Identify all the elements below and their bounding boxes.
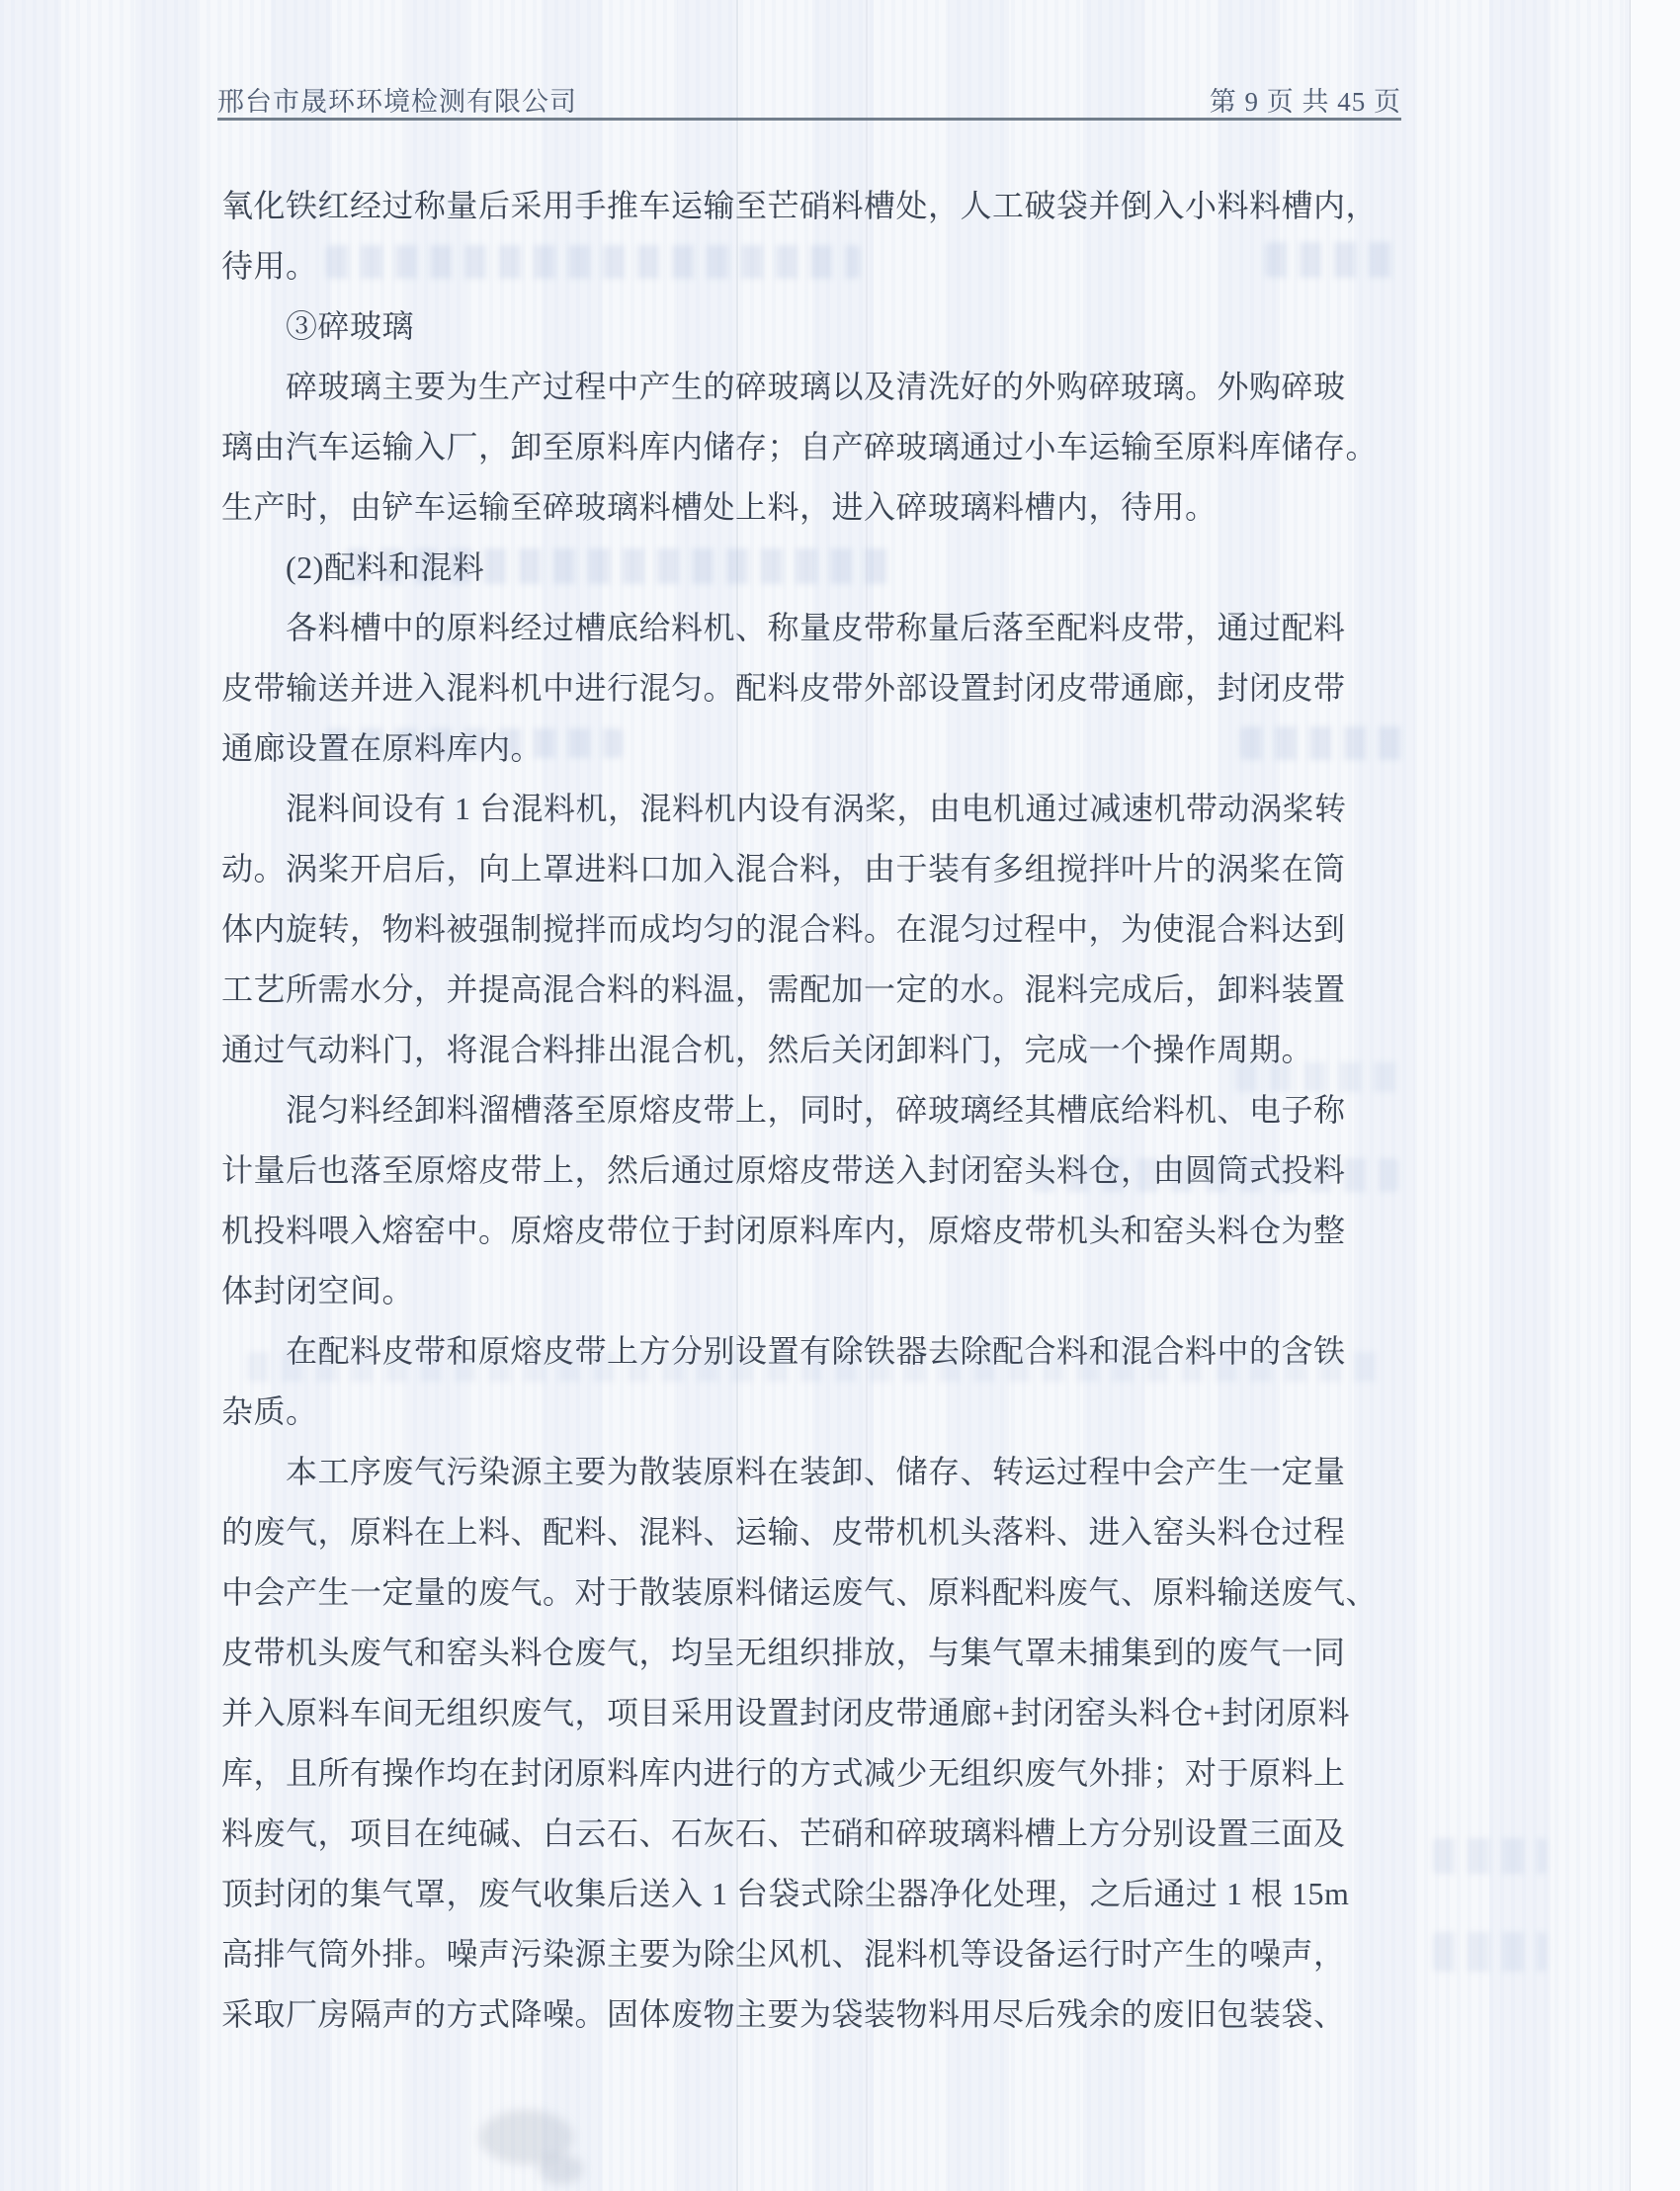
- body-lines: 氧化铁红经过称量后采用手推车运输至芒硝料槽处，人工破袋并倒入小料料槽内，待用。 …: [221, 176, 1401, 2045]
- text-line: 待用。: [221, 236, 1401, 296]
- text-line: 通过气动料门，将混合料排出混合机，然后关闭卸料门，完成一个操作周期。: [221, 1020, 1401, 1080]
- text-line: 各料槽中的原料经过槽底给料机、称量皮带称量后落至配料皮带，通过配料: [221, 598, 1401, 658]
- bleedthrough-smudge: [1433, 1838, 1547, 1874]
- text-line: 混匀料经卸料溜槽落至原熔皮带上，同时，碎玻璃经其槽底给料机、电子称: [221, 1080, 1401, 1140]
- text-line: 本工序废气污染源主要为散装原料在装卸、储存、转运过程中会产生一定量: [221, 1442, 1401, 1502]
- text-line: 皮带机头废气和窑头料仓废气，均呈无组织排放，与集气罩未捕集到的废气一同: [221, 1623, 1401, 1683]
- text-line: 工艺所需水分，并提高混合料的料温，需配加一定的水。混料完成后，卸料装置: [221, 960, 1401, 1020]
- document-page: 邢台市晟环环境检测有限公司 第 9 页 共 45 页 氧化铁红经过称量后采用手推…: [0, 0, 1680, 2191]
- text-line: 高排气筒外排。噪声污染源主要为除尘风机、混料机等设备运行时产生的噪声，: [221, 1924, 1401, 1984]
- text-line: 中会产生一定量的废气。对于散装原料储运废气、原料配料废气、原料输送废气、: [221, 1562, 1401, 1623]
- text-line: 碎玻璃主要为生产过程中产生的碎玻璃以及清洗好的外购碎玻璃。外购碎玻: [221, 357, 1401, 417]
- text-line: (2)配料和混料: [221, 538, 1401, 598]
- text-line: 混料间设有 1 台混料机，混料机内设有涡桨，由电机通过减速机带动涡桨转: [221, 779, 1401, 839]
- text-line: 杂质。: [221, 1382, 1401, 1442]
- text-line: 皮带输送并进入混料机中进行混匀。配料皮带外部设置封闭皮带通廊，封闭皮带: [221, 658, 1401, 718]
- text-line: 动。涡桨开启后，向上罩进料口加入混合料，由于装有多组搅拌叶片的涡桨在筒: [221, 839, 1401, 899]
- header-company-name: 邢台市晟环环境检测有限公司: [217, 80, 577, 119]
- text-line: 生产时，由铲车运输至碎玻璃料槽处上料，进入碎玻璃料槽内，待用。: [221, 477, 1401, 538]
- text-line: 库，且所有操作均在封闭原料库内进行的方式减少无组织废气外排；对于原料上: [221, 1743, 1401, 1804]
- text-line: 机投料喂入熔窑中。原熔皮带位于封闭原料库内，原熔皮带机头和窑头料仓为整: [221, 1201, 1401, 1261]
- text-line: 采取厂房隔声的方式降噪。固体废物主要为袋装物料用尽后残余的废旧包装袋、: [221, 1984, 1401, 2045]
- page-edge-strip: [1630, 0, 1680, 2191]
- text-line: 通廊设置在原料库内。: [221, 718, 1401, 779]
- text-line: 璃由汽车运输入厂，卸至原料库内储存；自产碎玻璃通过小车运输至原料库储存。: [221, 417, 1401, 477]
- text-line: 的废气，原料在上料、配料、混料、运输、皮带机机头落料、进入窑头料仓过程: [221, 1502, 1401, 1562]
- text-line: 计量后也落至原熔皮带上，然后通过原熔皮带送入封闭窑头料仓，由圆筒式投料: [221, 1140, 1401, 1201]
- text-line: 氧化铁红经过称量后采用手推车运输至芒硝料槽处，人工破袋并倒入小料料槽内，: [221, 176, 1401, 236]
- header-page-number: 第 9 页 共 45 页: [1210, 80, 1401, 119]
- text-line: ③碎玻璃: [221, 296, 1401, 357]
- text-line: 顶封闭的集气罩，废气收集后送入 1 台袋式除尘器净化处理，之后通过 1 根 15…: [221, 1864, 1401, 1924]
- text-line: 体内旋转，物料被强制搅拌而成均匀的混合料。在混匀过程中，为使混合料达到: [221, 899, 1401, 960]
- text-line: 料废气，项目在纯碱、白云石、石灰石、芒硝和碎玻璃料槽上方分别设置三面及: [221, 1804, 1401, 1864]
- text-line: 并入原料车间无组织废气，项目采用设置封闭皮带通廊+封闭窑头料仓+封闭原料: [221, 1683, 1401, 1743]
- page-header: 邢台市晟环环境检测有限公司 第 9 页 共 45 页: [217, 85, 1401, 119]
- text-line: 在配料皮带和原熔皮带上方分别设置有除铁器去除配合料和混合料中的含铁: [221, 1321, 1401, 1382]
- bleedthrough-smudge: [1433, 1932, 1547, 1972]
- text-line: 体封闭空间。: [221, 1261, 1401, 1321]
- scan-stain: [539, 2154, 583, 2184]
- header-rule: [217, 118, 1401, 121]
